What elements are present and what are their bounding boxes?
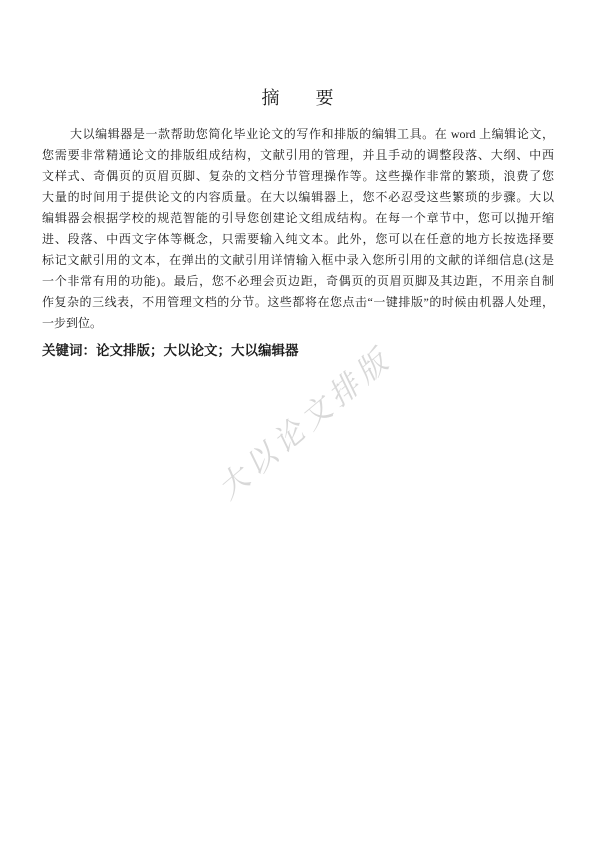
document-page: 大以论文排版 摘 要 大以编辑器是一款帮助您简化毕业论文的写作和排版的编辑工具。… <box>0 0 595 842</box>
paragraph-line: 标记文献引用的文本，在弹出的文献引用详情输入框中录入您所引用的文献的详细信息(这… <box>42 250 554 271</box>
paragraph-line: 编辑器会根据学校的规范智能的引导您创建论文组成结构。在每一个章节中，您可以抛开缩 <box>42 208 554 229</box>
keywords-line: 关键词：论文排版；大以论文；大以编辑器 <box>42 340 554 361</box>
abstract-title: 摘 要 <box>0 86 595 110</box>
paragraph-line: 一步到位。 <box>42 313 554 334</box>
abstract-paragraph: 大以编辑器是一款帮助您简化毕业论文的写作和排版的编辑工具。在 word 上编辑论… <box>42 124 554 334</box>
paragraph-line: 作复杂的三线表，不用管理文档的分节。这些都将在您点击“一键排版”的时候由机器人处… <box>42 292 554 313</box>
paragraph-line: 大量的时间用于提供论文的内容质量。在大以编辑器上，您不必忍受这些繁琐的步骤。大以 <box>42 187 554 208</box>
paragraph-line: 文样式、奇偶页的页眉页脚、复杂的文档分节管理操作等。这些操作非常的繁琐，浪费了您 <box>42 166 554 187</box>
paragraph-line: 一个非常有用的功能)。最后，您不必理会页边距，奇偶页的页眉页脚及其边距，不用亲自… <box>42 271 554 292</box>
paragraph-line: 您需要非常精通论文的排版组成结构，文献引用的管理，并且手动的调整段落、大纲、中西 <box>42 145 554 166</box>
paragraph-line: 进、段落、中西文字体等概念，只需要输入纯文本。此外，您可以在任意的地方长按选择要 <box>42 229 554 250</box>
paragraph-line: 大以编辑器是一款帮助您简化毕业论文的写作和排版的编辑工具。在 word 上编辑论… <box>42 124 554 145</box>
